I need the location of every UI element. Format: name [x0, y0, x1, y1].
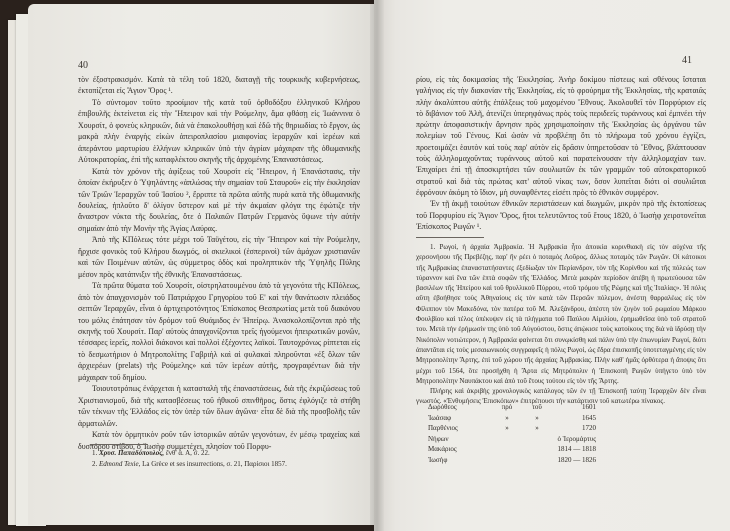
left-footnotes: 1. Χρυσ. Παπαδόπουλος, ἔνθ' ἀ. Α, σ. 22.…	[92, 448, 362, 469]
page-number-right: 41	[682, 55, 692, 66]
footnote-author: Edmond Texie,	[99, 460, 140, 468]
right-footnotes: 1. Ρωγοί, ἡ ἀρχαία Ἀμβρακία. Ἡ Ἀμβρακία …	[416, 242, 706, 407]
footnote-author: Χρυσ. Παπαδόπουλος,	[99, 449, 164, 457]
left-body-text: τὸν ἐξοστρακισμόν. Κατὰ τὰ τέλη τοῦ 1820…	[78, 74, 360, 452]
left-page: 40 τὸν ἐξοστρακισμόν. Κατὰ τὰ τέλη τοῦ 1…	[28, 4, 374, 525]
footnote: 2. Edmond Texie, La Grèce et ses insurre…	[92, 459, 362, 470]
right-body-text: ρίου, εἰς τὰς δοκιμασίας τῆς Ἐκκλησίας. …	[416, 74, 706, 232]
table-row: Παρθένιος » » 1720	[424, 423, 600, 434]
bishops-table: Δωρόθεος πρὸ τοῦ 1601 Ἰωάσαφ » » 1645 Πα…	[424, 402, 600, 466]
table-row: Νήφων ὁ Ἱερομάρτυς	[424, 434, 600, 445]
paragraph: Τοιουτοτρόπως ἐνάρχεται ἡ κατασταλὴ τῆς …	[78, 383, 360, 429]
table-row: Δωρόθεος πρὸ τοῦ 1601	[424, 402, 600, 413]
right-page: 41 ρίου, εἰς τὰς δοκιμασίας τῆς Ἐκκλησία…	[374, 0, 730, 531]
paragraph: Τὸ σύντομον τοῦτο προοίμιον τῆς κατὰ τοῦ…	[78, 97, 360, 166]
footnote-divider	[416, 237, 484, 238]
paragraph: Τὰ πρῶτα θύματα τοῦ Χουρσίτ, οἰστρηλατου…	[78, 280, 360, 383]
paragraph: Κατὰ τὸν χρόνον τῆς ἀφίξεως τοῦ Χουρσὶτ …	[78, 166, 360, 235]
footnote-paragraph: 1. Ρωγοί, ἡ ἀρχαία Ἀμβρακία. Ἡ Ἀμβρακία …	[416, 242, 706, 386]
table-row: Μακάριος 1814 — 1818	[424, 444, 600, 455]
table-row: Ἰωάσαφ » » 1645	[424, 413, 600, 424]
footnote: 1. Χρυσ. Παπαδόπουλος, ἔνθ' ἀ. Α, σ. 22.	[92, 448, 362, 459]
paragraph: ρίου, εἰς τὰς δοκιμασίας τῆς Ἐκκλησίας. …	[416, 74, 706, 198]
paragraph: Ἀπὸ τῆς ΚΠόλεως τότε μέχρι τοῦ Ταϋγέτου,…	[78, 234, 360, 280]
table-row: Ἰωσήφ 1820 — 1826	[424, 455, 600, 466]
paragraph: τὸν ἐξοστρακισμόν. Κατὰ τὰ τέλη τοῦ 1820…	[78, 74, 360, 97]
footnote-divider	[90, 444, 148, 445]
book-gutter	[370, 0, 384, 531]
paragraph: Ἐν τῇ ἀκμῇ τοιούτων ἐθνικῶν περιστάσεων …	[416, 198, 706, 232]
page-number-left: 40	[78, 60, 88, 71]
